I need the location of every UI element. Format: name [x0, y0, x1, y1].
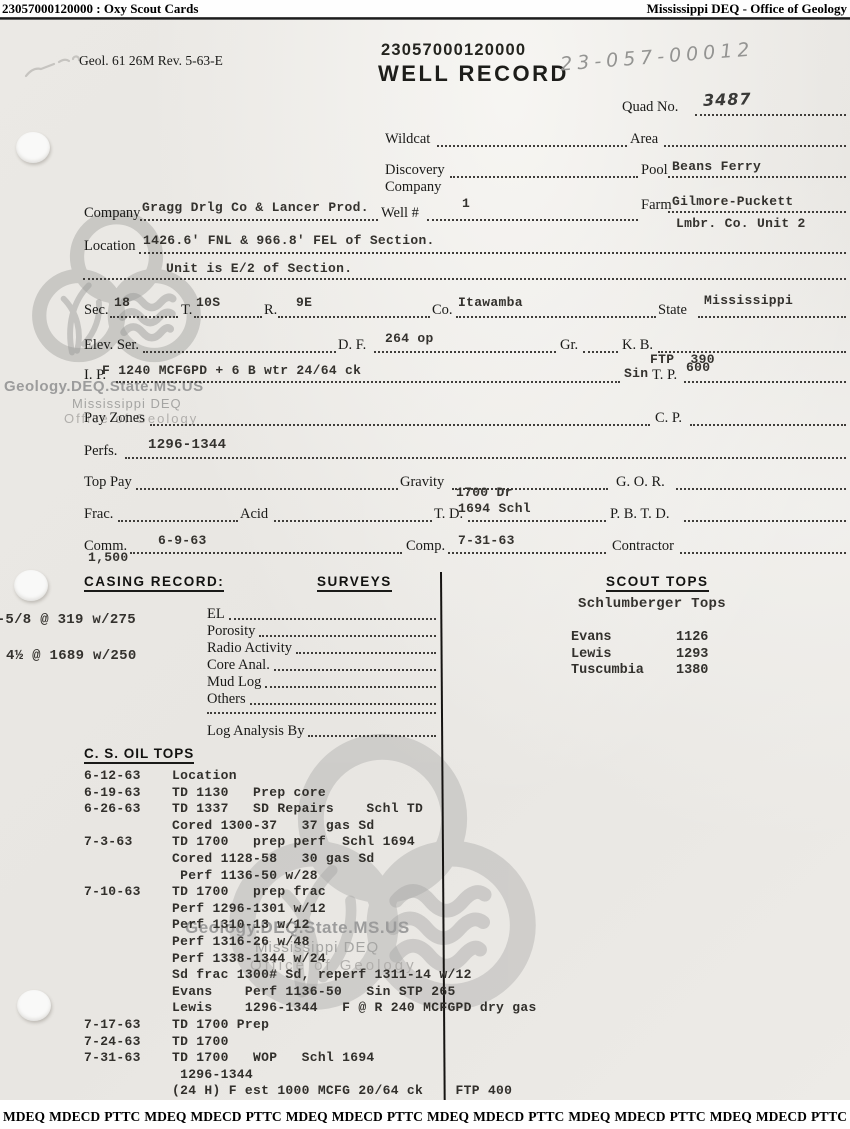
footer-item: PTTC [246, 1109, 282, 1125]
farm-value-line1: Gilmore-Puckett [672, 194, 794, 209]
drilling-log: 6-12-63Location 6-19-63TD 1130 Prep core… [84, 768, 644, 1100]
footer-item: MDEQ [710, 1109, 752, 1125]
field-line [207, 712, 436, 714]
state-value: Mississippi [704, 293, 793, 308]
log-date: 6-12-63 [84, 768, 172, 785]
footer-item: MDECD [49, 1109, 100, 1125]
field-line [468, 520, 606, 522]
footer-item: MDEQ [286, 1109, 328, 1125]
log-text: Perf 1316-26 w/48 [172, 934, 310, 951]
form-code: Geol. 61 26M Rev. 5-63-E [79, 53, 223, 69]
initial-potential-value: F 1240 MCFGPD + 6 B wtr 24/64 ck [102, 363, 361, 378]
total-depth-value: 1694 Schl [458, 501, 531, 516]
formation-name: Lewis [571, 647, 612, 662]
log-date [84, 1000, 172, 1017]
field-line [450, 176, 638, 178]
log-row: Perf 1310-13 w/12 [84, 917, 644, 934]
log-text: Cored 1300-37 37 gas Sd [172, 818, 375, 835]
kelly-bushing-label: K. B. [622, 337, 653, 354]
log-row: Evans Perf 1136-50 Sin STP 265 [84, 984, 644, 1001]
log-date [84, 901, 172, 918]
titlebar-document-id: 23057000120000 : Oxy Scout Cards [2, 1, 198, 17]
field-line [116, 381, 620, 383]
log-text: 1296-1344 [172, 1067, 253, 1084]
location-value: 1426.6' FNL & 966.8' FEL of Section. [143, 233, 435, 248]
log-text: TD 1700 prep perf Schl 1694 [172, 834, 415, 851]
field-line [150, 424, 650, 426]
scout-top-row: Lewis1293 [571, 647, 612, 662]
footer-item: MDEQ [3, 1109, 45, 1125]
survey-log-analysis-row: Log Analysis By [207, 723, 436, 740]
log-text: Sd frac 1300# Sd, reperf 1311-14 w/12 [172, 967, 472, 984]
log-row: 7-10-63TD 1700 prep frac [84, 884, 644, 901]
log-date: 7-17-63 [84, 1017, 172, 1034]
field-line [140, 219, 378, 221]
formation-depth: 1380 [676, 663, 708, 678]
field-line [139, 252, 846, 254]
log-date [84, 818, 172, 835]
field-line [695, 114, 846, 116]
log-row: 6-12-63Location [84, 768, 644, 785]
field-line [265, 686, 436, 688]
footer-row: MDEQMDECDPTTCMDEQMDECDPTTCMDEQMDECDPTTCM… [3, 1109, 847, 1125]
titlebar: 23057000120000 : Oxy Scout Cards Mississ… [0, 0, 850, 17]
sec-label: Sec. [84, 302, 109, 319]
log-text: TD 1130 Prep core [172, 785, 326, 802]
field-line [143, 351, 336, 353]
watermark-agency-small: Mississippi DEQ [72, 396, 182, 411]
scanned-well-record-card: Geology.DEQ.State.MS.US Mississippi DEQ … [0, 20, 850, 1100]
log-date [84, 851, 172, 868]
township-label: T. [181, 302, 192, 319]
log-text: TD 1700 prep frac [172, 884, 326, 901]
footer-item: PTTC [528, 1109, 564, 1125]
well-record-title: WELL RECORD [378, 61, 569, 87]
log-row: 7-3-63TD 1700 prep perf Schl 1694 [84, 834, 644, 851]
log-text: Lewis 1296-1344 F @ R 240 MCFGPD dry gas [172, 1000, 537, 1017]
log-row: Perf 1136-50 w/28 [84, 868, 644, 885]
derrick-floor-value: 264 op [385, 331, 434, 346]
schlumberger-tops-subheading: Schlumberger Tops [578, 596, 726, 612]
area-label: Area [630, 131, 658, 148]
log-row: Perf 1338-1344 w/24 [84, 951, 644, 968]
formation-name: Evans [571, 630, 612, 645]
log-date: 7-31-63 [84, 1050, 172, 1067]
pool-value: Beans Ferry [672, 159, 761, 174]
log-date [84, 951, 172, 968]
log-row: (24 H) F est 1000 MCFG 20/64 ck FTP 400 [84, 1083, 644, 1100]
field-line [437, 145, 627, 147]
field-line [684, 520, 846, 522]
log-date [84, 934, 172, 951]
field-line [259, 635, 436, 637]
log-text: TD 1700 [172, 1034, 229, 1051]
field-line [274, 520, 432, 522]
casing-entry: 4½ @ 1689 w/250 [6, 648, 137, 664]
hole-punch [16, 132, 50, 163]
ground-label: Gr. [560, 337, 578, 354]
log-row: 7-31-63TD 1700 WOP Schl 1694 [84, 1050, 644, 1067]
log-text: TD 1700 WOP Schl 1694 [172, 1050, 375, 1067]
pbtd-label: P. B. T. D. [610, 506, 670, 523]
log-date [84, 1067, 172, 1084]
derrick-floor-label: D. F. [338, 337, 366, 354]
pay-zones-label: Pay Zones [84, 410, 145, 427]
wildcat-label: Wildcat [385, 131, 430, 148]
footer-item: MDECD [332, 1109, 383, 1125]
acid-label: Acid [240, 506, 268, 523]
handwritten-api-number: 23-057-00012 [559, 38, 755, 75]
field-line [110, 316, 178, 318]
footer-item: MDECD [190, 1109, 241, 1125]
county-value: Itawamba [458, 295, 523, 310]
titlebar-agency: Mississippi DEQ - Office of Geology [647, 1, 847, 17]
log-text: Cored 1128-58 30 gas Sd [172, 851, 375, 868]
unit-note: Unit is E/2 of Section. [166, 261, 352, 276]
footer-item: MDEQ [144, 1109, 186, 1125]
log-date: 7-10-63 [84, 884, 172, 901]
log-date: 6-19-63 [84, 785, 172, 802]
log-row: 7-24-63TD 1700 [84, 1034, 644, 1051]
survey-row: Mud Log [207, 674, 436, 691]
survey-row: Radio Activity [207, 640, 436, 657]
log-row: 1296-1344 [84, 1067, 644, 1084]
field-line [136, 488, 398, 490]
pool-label: Pool [641, 162, 668, 179]
well-no-value: 1 [462, 196, 470, 211]
td-note: 1700 Dr [456, 485, 513, 500]
contractor-label: Contractor [612, 538, 674, 555]
field-line [583, 351, 618, 353]
tubing-pressure-value: 600 [686, 360, 710, 375]
discovery-label-line2: Company [385, 179, 441, 196]
survey-row: Core Anal. [207, 657, 436, 674]
range-value: 9E [296, 295, 312, 310]
hole-punch [17, 990, 51, 1021]
scout-top-row: Evans1126 [571, 630, 612, 645]
tubing-pressure-label: T. P. [652, 367, 677, 384]
footer-item: MDECD [473, 1109, 524, 1125]
footer-item: MDECD [756, 1109, 807, 1125]
log-date [84, 1083, 172, 1100]
log-text: Evans Perf 1136-50 Sin STP 265 [172, 984, 456, 1001]
survey-row: EL [207, 606, 436, 623]
log-date [84, 984, 172, 1001]
field-line [274, 669, 436, 671]
commenced-note: 1,500 [88, 550, 129, 565]
log-date [84, 967, 172, 984]
log-row: Sd frac 1300# Sd, reperf 1311-14 w/12 [84, 967, 644, 984]
log-text: TD 1337 SD Repairs Schl TD [172, 801, 423, 818]
field-line [308, 735, 436, 737]
county-label: Co. [432, 302, 453, 319]
sec-value: 18 [114, 295, 130, 310]
perfs-label: Perfs. [84, 443, 117, 460]
field-line [690, 424, 846, 426]
field-line [680, 552, 846, 554]
completed-value: 7-31-63 [458, 533, 515, 548]
field-line [194, 316, 262, 318]
log-row: 6-26-63TD 1337 SD Repairs Schl TD [84, 801, 644, 818]
log-row: Cored 1128-58 30 gas Sd [84, 851, 644, 868]
field-line [664, 145, 846, 147]
field-line [229, 618, 436, 620]
field-line [250, 703, 436, 705]
log-text: Perf 1338-1344 w/24 [172, 951, 326, 968]
log-text: Perf 1310-13 w/12 [172, 917, 310, 934]
formation-name: Tuscumbia [571, 663, 644, 678]
state-label: State [658, 302, 687, 319]
log-date: 7-3-63 [84, 834, 172, 851]
quad-no-value: 3487 [703, 89, 752, 110]
field-line [684, 381, 846, 383]
log-row: Lewis 1296-1344 F @ R 240 MCFGPD dry gas [84, 1000, 644, 1017]
survey-label: EL [207, 606, 225, 623]
log-row: 6-19-63TD 1130 Prep core [84, 785, 644, 802]
survey-row: Others [207, 691, 436, 708]
elev-ser-label: Elev. Ser. [84, 337, 139, 354]
log-text: Perf 1136-50 w/28 [172, 868, 318, 885]
surveys-heading: SURVEYS [317, 574, 392, 592]
field-line [668, 176, 846, 178]
farm-value-line2: Lmbr. Co. Unit 2 [676, 216, 806, 231]
field-line [374, 351, 556, 353]
field-line [668, 211, 846, 213]
log-date: 7-24-63 [84, 1034, 172, 1051]
casing-entry: 8-5/8 @ 319 w/275 [0, 612, 136, 628]
survey-label: Core Anal. [207, 657, 270, 674]
log-row: Cored 1300-37 37 gas Sd [84, 818, 644, 835]
gor-label: G. O. R. [616, 474, 665, 491]
field-line [427, 219, 638, 221]
range-label: R. [264, 302, 277, 319]
survey-label: Radio Activity [207, 640, 292, 657]
casing-record-heading: CASING RECORD: [84, 574, 224, 592]
log-date: 6-26-63 [84, 801, 172, 818]
api-number: 23057000120000 [381, 41, 526, 60]
casing-pressure-label: C. P. [655, 410, 682, 427]
footer-item: PTTC [387, 1109, 423, 1125]
log-row: Perf 1296-1301 w/12 [84, 901, 644, 918]
location-label: Location [84, 238, 136, 255]
hole-punch [14, 570, 48, 601]
company-label: Company [84, 205, 140, 222]
log-row: Perf 1316-26 w/48 [84, 934, 644, 951]
field-line [83, 278, 846, 280]
field-line [456, 316, 656, 318]
survey-label: Porosity [207, 623, 255, 640]
discovery-label: Discovery [385, 162, 445, 179]
footer-item: PTTC [670, 1109, 706, 1125]
formation-depth: 1293 [676, 647, 708, 662]
quad-no-label: Quad No. [622, 99, 678, 116]
log-row: 7-17-63TD 1700 Prep [84, 1017, 644, 1034]
log-text: Perf 1296-1301 w/12 [172, 901, 326, 918]
field-line [125, 457, 846, 459]
survey-label: Mud Log [207, 674, 261, 691]
footer: MDEQMDECDPTTCMDEQMDECDPTTCMDEQMDECDPTTCM… [0, 1100, 850, 1129]
log-date [84, 917, 172, 934]
gravity-label: Gravity [400, 474, 444, 491]
commenced-value: 6-9-63 [158, 533, 207, 548]
field-line [448, 552, 606, 554]
field-line [698, 316, 846, 318]
field-line [278, 316, 430, 318]
footer-item: PTTC [811, 1109, 847, 1125]
footer-item: MDECD [614, 1109, 665, 1125]
log-text: (24 H) F est 1000 MCFG 20/64 ck FTP 400 [172, 1083, 512, 1100]
field-line [118, 520, 238, 522]
survey-label: Others [207, 691, 246, 708]
field-line [676, 488, 846, 490]
survey-row: Porosity [207, 623, 436, 640]
log-analysis-label: Log Analysis By [207, 723, 304, 740]
top-pay-label: Top Pay [84, 474, 132, 491]
well-no-label: Well # [381, 205, 419, 222]
scout-tops-heading: SCOUT TOPS [606, 574, 709, 592]
footer-item: MDEQ [568, 1109, 610, 1125]
field-line [130, 552, 402, 554]
scout-top-row: Tuscumbia1380 [571, 663, 644, 678]
footer-item: PTTC [104, 1109, 140, 1125]
completed-label: Comp. [406, 538, 445, 555]
frac-label: Frac. [84, 506, 113, 523]
township-value: 10S [196, 295, 220, 310]
company-value: Gragg Drlg Co & Lancer Prod. [142, 200, 369, 215]
log-text: TD 1700 Prep [172, 1017, 269, 1034]
footer-item: MDEQ [427, 1109, 469, 1125]
oil-tops-heading: C. S. OIL TOPS [84, 746, 194, 764]
field-line [296, 652, 436, 654]
sin-note: Sin [624, 366, 648, 381]
perfs-value: 1296-1344 [148, 437, 226, 453]
log-date [84, 868, 172, 885]
formation-depth: 1126 [676, 630, 708, 645]
log-text: Location [172, 768, 237, 785]
